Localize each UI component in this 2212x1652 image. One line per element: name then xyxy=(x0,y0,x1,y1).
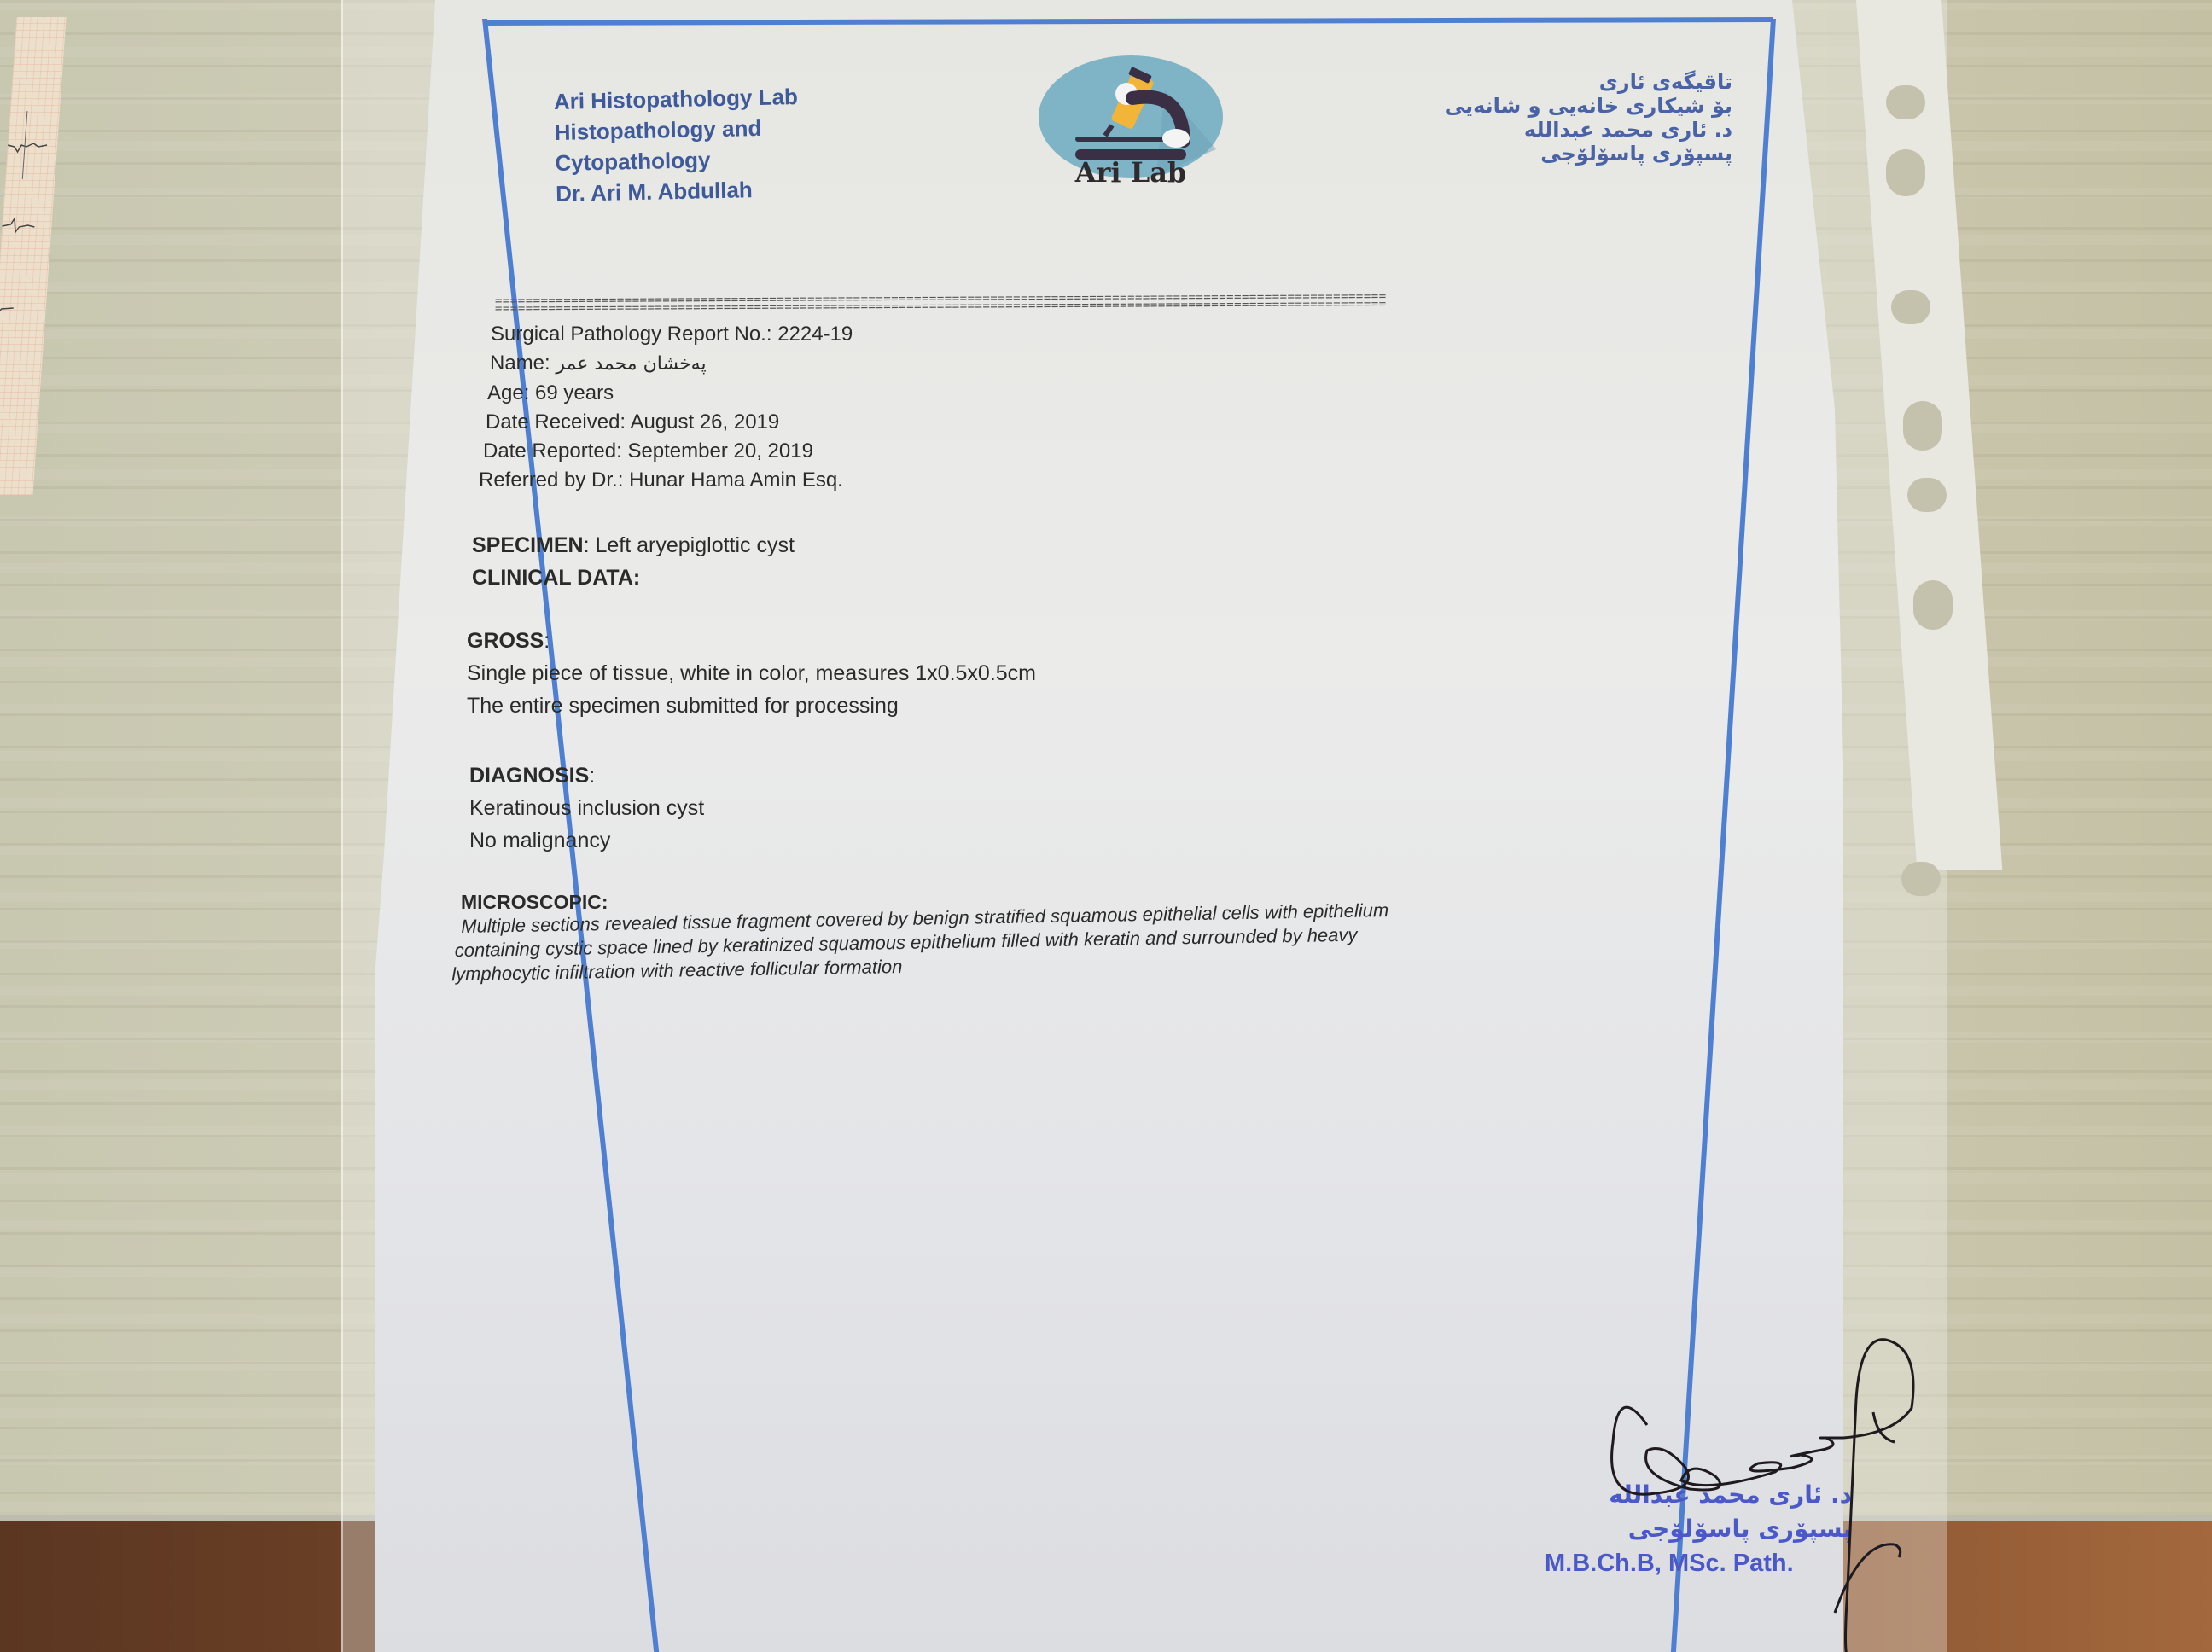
date-received-label: Date Received: xyxy=(486,410,626,433)
referred-by-value: Hunar Hama Amin Esq. xyxy=(629,468,843,492)
lab-doctor-kurdish: د. ئاری محمد عبدالله xyxy=(1442,118,1732,142)
patient-name-value: پەخشان محمد عمر xyxy=(556,353,706,375)
lab-specialty-kurdish: بۆ شیکاری خانەیی و شانەیی xyxy=(1442,94,1732,118)
specimen-section: SPECIMEN: Left aryepiglottic cyst CLINIC… xyxy=(472,529,795,594)
gross-label: GROSS xyxy=(467,629,544,653)
date-received-row: Date Received: August 26, 2019 xyxy=(486,408,853,437)
lab-doctor: Dr. Ari M. Abdullah xyxy=(556,173,800,209)
handwritten-signature-icon xyxy=(1536,1331,1963,1652)
date-reported-label: Date Reported: xyxy=(483,439,622,462)
age-row: Age: 69 years xyxy=(487,379,853,408)
lab-name: Ari Histopathology Lab xyxy=(554,81,799,117)
report-number-label: Surgical Pathology Report No.: xyxy=(491,323,772,346)
lab-name-kurdish: تاقیگەی ئاری xyxy=(1442,70,1732,94)
punch-hole-icon xyxy=(1886,149,1925,196)
diagnosis-line: Keratinous inclusion cyst xyxy=(469,792,704,824)
age-label: Age: xyxy=(487,381,529,404)
microscopic-section: MICROSCOPIC: Multiple sections revealed … xyxy=(461,889,1758,986)
diagnosis-line: No malignancy xyxy=(469,824,704,857)
lab-header-english: Ari Histopathology Lab Histopathology an… xyxy=(554,81,800,209)
date-reported-value: September 20, 2019 xyxy=(627,439,813,462)
age-value: 69 years xyxy=(535,381,614,404)
specimen-label: SPECIMEN xyxy=(472,533,584,557)
punch-hole-icon xyxy=(1886,85,1925,119)
specimen-value: Left aryepiglottic cyst xyxy=(596,533,795,557)
referred-by-label: Referred by Dr.: xyxy=(479,468,623,492)
punch-hole-icon xyxy=(1913,580,1953,630)
date-received-value: August 26, 2019 xyxy=(630,410,779,433)
punch-hole-icon xyxy=(1891,290,1930,324)
lab-specialty-2: Cytopathology xyxy=(555,143,800,178)
lab-title-kurdish: پسپۆری پاسۆلۆجی xyxy=(1442,142,1732,166)
lab-specialty-1: Histopathology and xyxy=(554,112,799,148)
logo-text: Ari Lab xyxy=(1037,156,1225,189)
gross-line: Single piece of tissue, white in color, … xyxy=(467,657,1036,689)
punch-hole-icon xyxy=(1907,478,1947,512)
patient-name-label: Name: xyxy=(490,352,550,375)
diagnosis-section: DIAGNOSIS: Keratinous inclusion cyst No … xyxy=(469,759,704,857)
report-number-row: Surgical Pathology Report No.: 2224-19 xyxy=(491,320,853,349)
diagnosis-label: DIAGNOSIS xyxy=(469,764,589,788)
punch-hole-icon xyxy=(1903,401,1942,451)
clinical-data-label: CLINICAL DATA: xyxy=(472,561,795,594)
gross-line: The entire specimen submitted for proces… xyxy=(467,689,1036,722)
lab-logo: Ari Lab xyxy=(1037,55,1225,192)
referred-by-row: Referred by Dr.: Hunar Hama Amin Esq. xyxy=(479,466,853,495)
patient-name-row: Name: پەخشان محمد عمر xyxy=(490,349,853,379)
date-reported-row: Date Reported: September 20, 2019 xyxy=(483,437,853,466)
report-meta: Surgical Pathology Report No.: 2224-19 N… xyxy=(491,320,853,495)
lab-header-kurdish: تاقیگەی ئاری بۆ شیکاری خانەیی و شانەیی د… xyxy=(1442,70,1732,166)
punch-hole-icon xyxy=(1901,862,1941,896)
gross-section: GROSS: Single piece of tissue, white in … xyxy=(467,625,1036,722)
report-number-value: 2224-19 xyxy=(777,323,853,346)
